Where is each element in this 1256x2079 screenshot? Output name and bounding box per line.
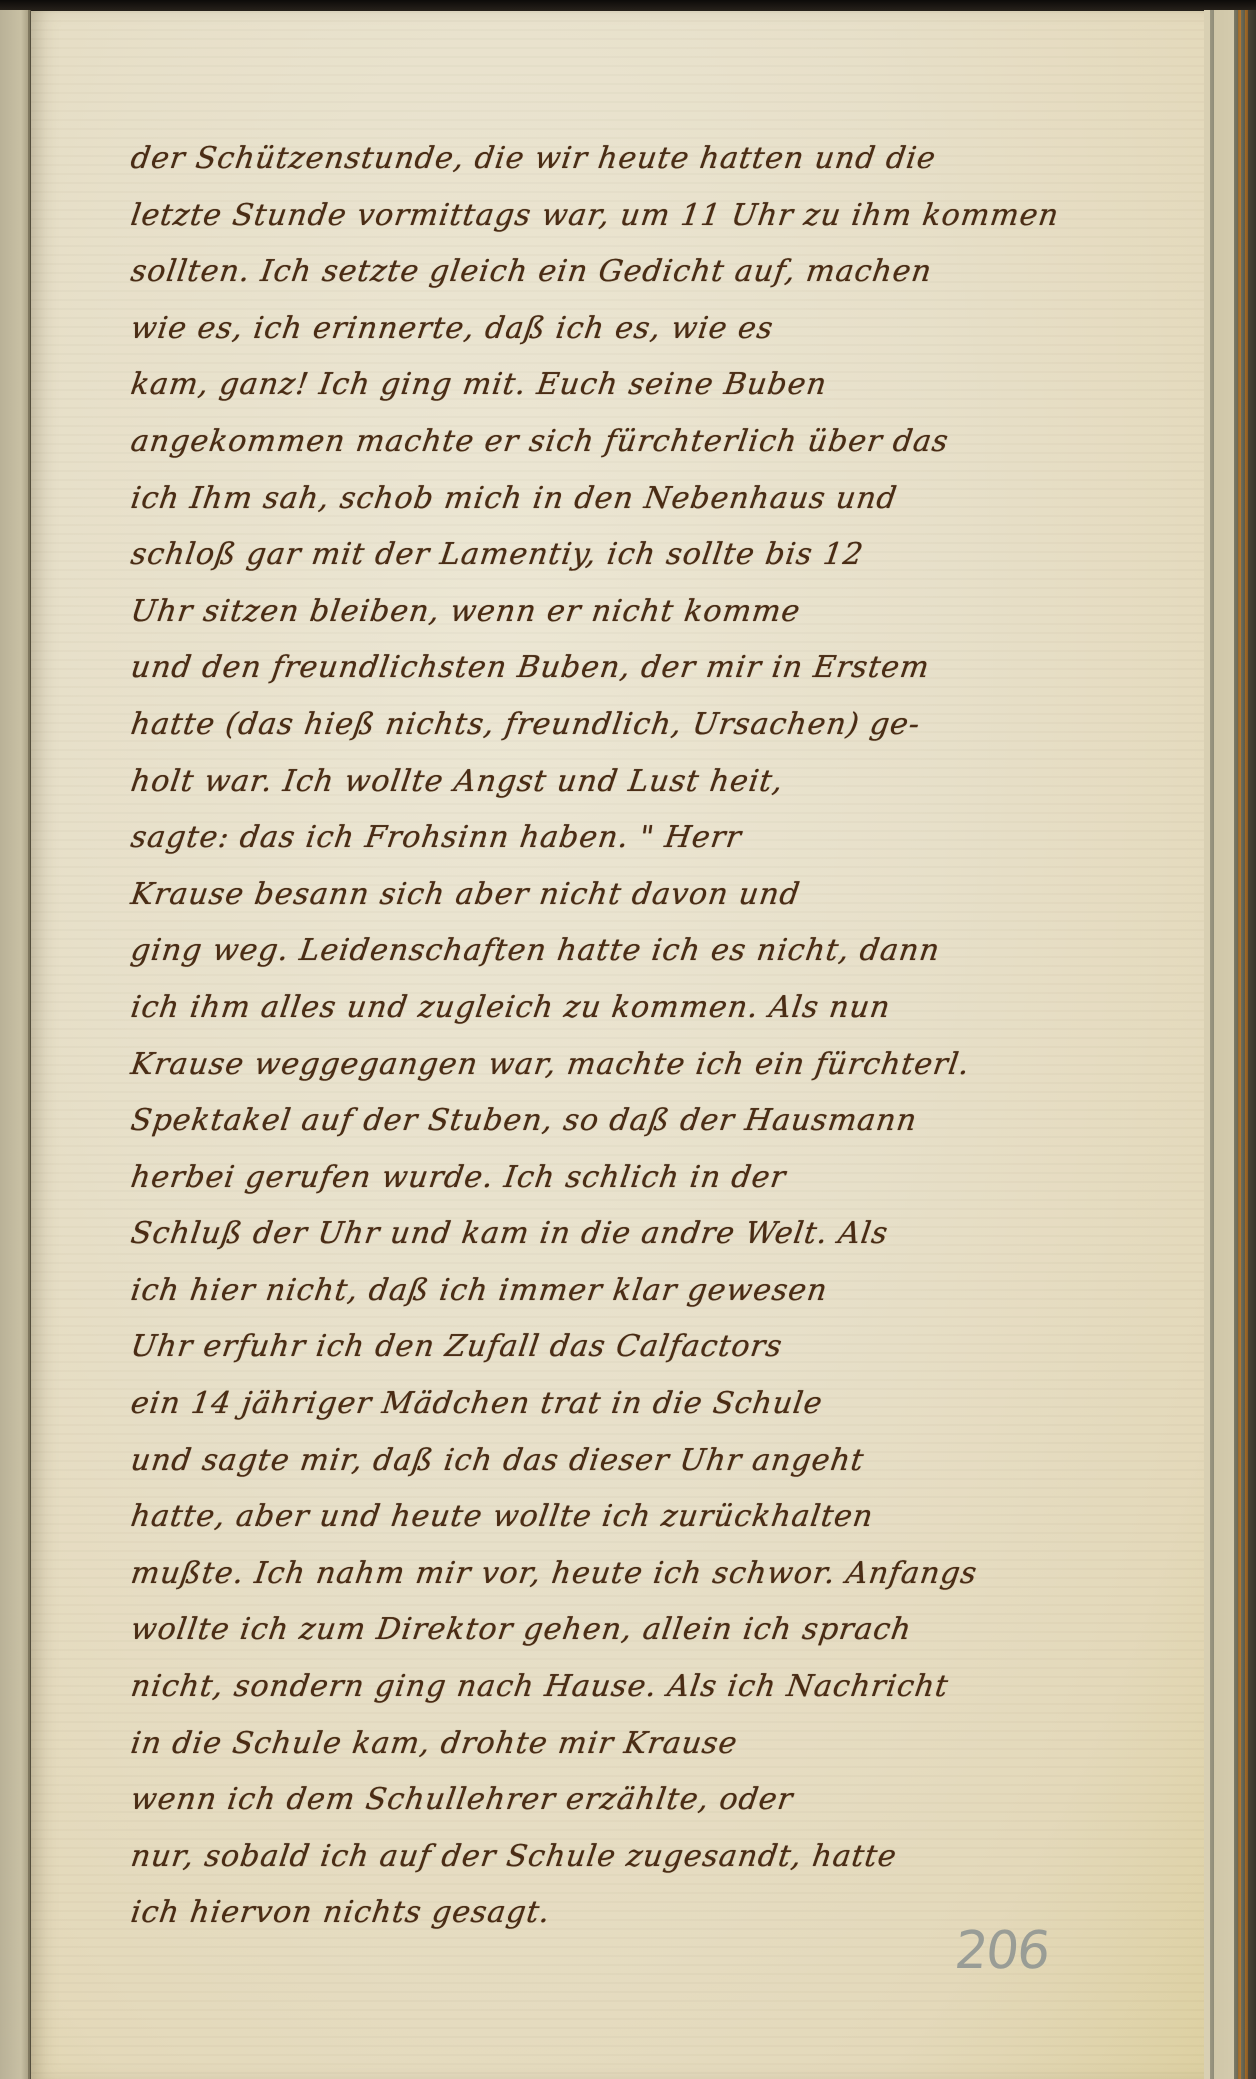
text-line: wenn ich dem Schullehrer erzählte, oder [127, 1772, 995, 1829]
text-line: hatte, aber und heute wollte ich zurückh… [127, 1489, 995, 1546]
text-line: Spektakel auf der Stuben, so daß der Hau… [127, 1093, 995, 1150]
facing-page-edge [0, 10, 30, 2079]
text-line: ich hiervon nichts gesagt. [127, 1885, 995, 1942]
text-line: Uhr erfuhr ich den Zufall das Calfactors [127, 1319, 995, 1376]
text-line: ein 14 jähriger Mädchen trat in die Schu… [127, 1376, 995, 1433]
text-line: mußte. Ich nahm mir vor, heute ich schwo… [127, 1546, 995, 1603]
text-line: und sagte mir, daß ich das dieser Uhr an… [127, 1433, 995, 1490]
text-line: kam, ganz! Ich ging mit. Euch seine Bube… [127, 357, 995, 414]
text-line: holt war. Ich wollte Angst und Lust heit… [127, 754, 995, 811]
text-line: Krause weggegangen war, machte ich ein f… [127, 1037, 995, 1094]
text-line: ging weg. Leidenschaften hatte ich es ni… [127, 923, 995, 980]
text-line: wie es, ich erinnerte, daß ich es, wie e… [127, 301, 995, 358]
text-line: und den freundlichsten Buben, der mir in… [127, 640, 995, 697]
handwritten-text-block: der Schützenstunde, die wir heute hatten… [131, 131, 991, 1942]
pencil-page-number: 206 [952, 1921, 1052, 1981]
text-line: wollte ich zum Direktor gehen, allein ic… [127, 1602, 995, 1659]
book-page-edges [1204, 10, 1256, 2079]
text-line: hatte (das hieß nichts, freundlich, Ursa… [127, 697, 995, 754]
text-line: sagte: das ich Frohsinn haben. " Herr [127, 810, 995, 867]
text-line: nicht, sondern ging nach Hause. Als ich … [127, 1659, 995, 1716]
text-line: ich hier nicht, daß ich immer klar gewes… [127, 1263, 995, 1320]
manuscript-page: der Schützenstunde, die wir heute hatten… [31, 11, 1211, 2079]
text-line: in die Schule kam, drohte mir Krause [127, 1716, 995, 1773]
text-line: der Schützenstunde, die wir heute hatten… [127, 131, 995, 188]
text-line: Schluß der Uhr und kam in die andre Welt… [127, 1206, 995, 1263]
text-line: herbei gerufen wurde. Ich schlich in der [127, 1150, 995, 1207]
text-line: sollten. Ich setzte gleich ein Gedicht a… [127, 244, 995, 301]
text-line: Uhr sitzen bleiben, wenn er nicht komme [127, 584, 995, 641]
text-line: schloß gar mit der Lamentiy, ich sollte … [127, 527, 995, 584]
text-line: letzte Stunde vormittags war, um 11 Uhr … [127, 188, 995, 245]
text-line: ich Ihm sah, schob mich in den Nebenhaus… [127, 471, 995, 528]
text-line: angekommen machte er sich fürchterlich ü… [127, 414, 995, 471]
text-line: nur, sobald ich auf der Schule zugesandt… [127, 1829, 995, 1886]
text-line: ich ihm alles und zugleich zu kommen. Al… [127, 980, 995, 1037]
text-line: Krause besann sich aber nicht davon und [127, 867, 995, 924]
